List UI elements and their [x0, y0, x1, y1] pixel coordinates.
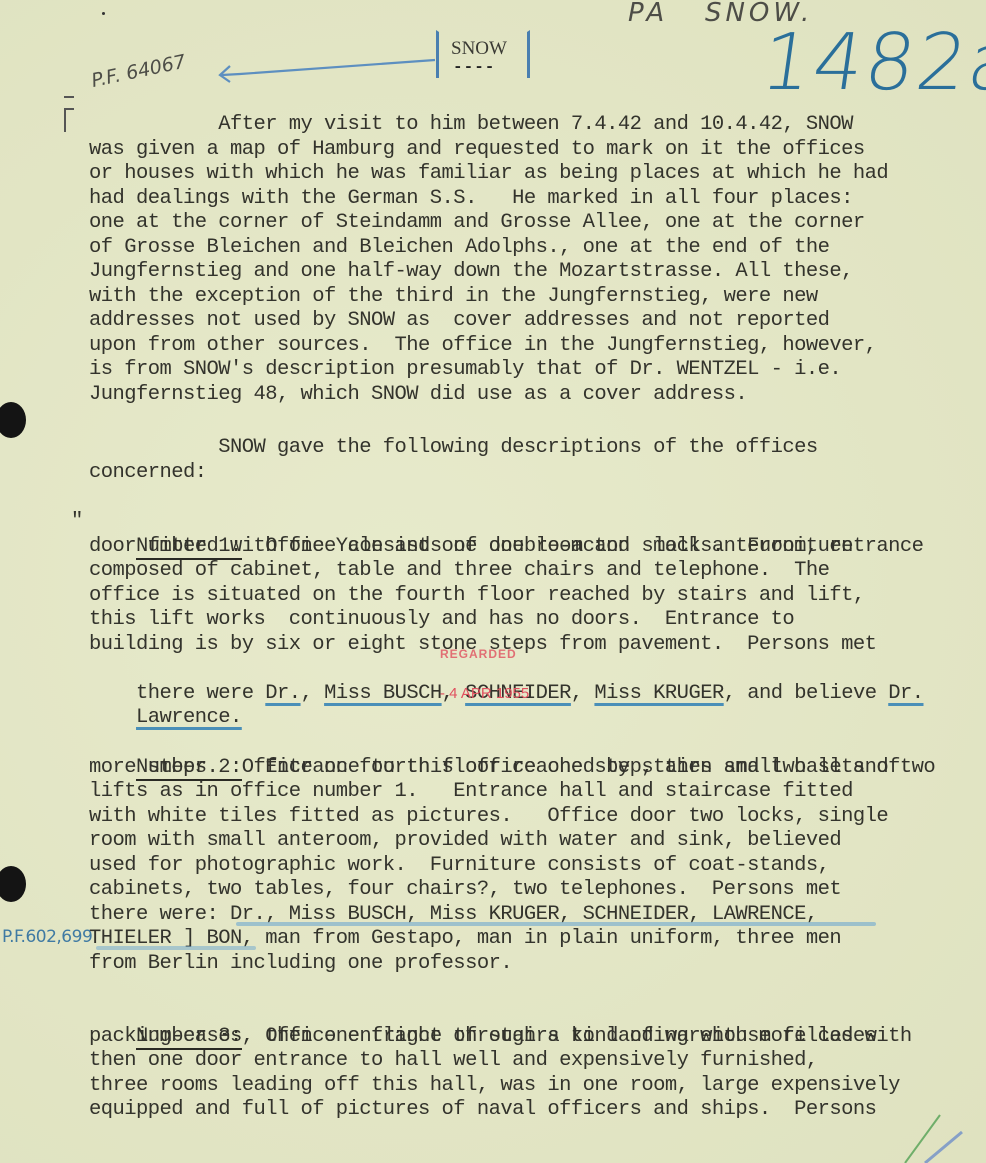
person-name: Lawrence.: [136, 706, 242, 729]
boxed-title-dashes: ----: [453, 58, 495, 76]
person-name: Miss BUSCH: [324, 682, 442, 705]
text-line: with the exception of the third in the J…: [89, 285, 818, 310]
text-line: or houses with which he was familiar as …: [89, 162, 888, 187]
person-name: Miss KRUGER: [594, 682, 723, 705]
text-line: from Berlin including one professor.: [89, 952, 512, 977]
comma: ,: [301, 682, 325, 705]
text-line: packing-cases, then one flight of stairs…: [89, 1025, 876, 1050]
text-line: is from SNOW's description presumably th…: [89, 358, 841, 383]
text-line: room with small anteroom, provided with …: [89, 829, 841, 854]
comma: ,: [571, 682, 595, 705]
punch-hole-top: [0, 402, 26, 438]
text-line: then one door entrance to hall well and …: [89, 1049, 818, 1074]
blue-crayon-highlight: [96, 946, 256, 950]
text-line: of Grosse Bleichen and Bleichen Adolphs.…: [89, 236, 829, 261]
text-line: lifts as in office number 1. Entrance ha…: [89, 780, 853, 805]
stamp-top: REGARDED: [440, 647, 517, 661]
boxed-title-text: SNOW: [451, 38, 507, 60]
text-line: office is situated on the fourth floor r…: [89, 584, 865, 609]
margin-bracket: [64, 108, 74, 132]
open-quote: ": [71, 510, 83, 535]
text-line: cabinets, two tables, four chairs?, two …: [89, 878, 841, 903]
person-name: Dr.: [888, 682, 923, 705]
text-line: more steps. Office on fourth floor reach…: [89, 756, 900, 781]
paper-speck: [102, 12, 105, 15]
person-name: Dr.: [265, 682, 300, 705]
punch-hole-bottom: [0, 866, 26, 902]
text-line: door fitted with one Yale and one double…: [89, 535, 853, 560]
margin-tick: [64, 96, 74, 98]
text-line: had dealings with the German S.S. He mar…: [89, 187, 853, 212]
text-line: this lift works continuously and has no …: [89, 608, 794, 633]
stamp-date: - 4 APR 1955: [440, 685, 529, 702]
text-line: Jungfernstieg and one half-way down the …: [89, 260, 853, 285]
text-line: upon from other sources. The office in t…: [89, 334, 876, 359]
boxed-title: SNOW ----: [436, 30, 530, 78]
blue-crayon-highlight: [236, 922, 876, 926]
text-line: addresses not used by SNOW as cover addr…: [89, 309, 829, 334]
text-line: composed of cabinet, table and three cha…: [89, 559, 829, 584]
pf-reference: P.F. 64067: [89, 51, 187, 92]
text-line: After my visit to him between 7.4.42 and…: [89, 113, 853, 138]
text-line: three rooms leading off this hall, was i…: [89, 1074, 900, 1099]
text-line: concerned:: [89, 461, 207, 486]
text-line: was given a map of Hamburg and requested…: [89, 138, 865, 163]
persons-suffix: , and believe: [724, 682, 889, 705]
pf-margin-note: P.F.602,699: [2, 927, 92, 947]
text-line: used for photographic work. Furniture co…: [89, 854, 829, 879]
folio-number: 1482a: [756, 18, 986, 108]
text-line: SNOW gave the following descriptions of …: [89, 436, 818, 461]
text-line: one at the corner of Steindamm and Gross…: [89, 211, 865, 236]
text-line: equipped and full of pictures of naval o…: [89, 1098, 876, 1123]
text-line: Jungfernstieg 48, which SNOW did use as …: [89, 383, 747, 408]
arrow-line: [200, 50, 440, 90]
text-line: with white tiles fitted as pictures. Off…: [89, 805, 888, 830]
corner-pencil-strokes: [890, 1110, 986, 1163]
